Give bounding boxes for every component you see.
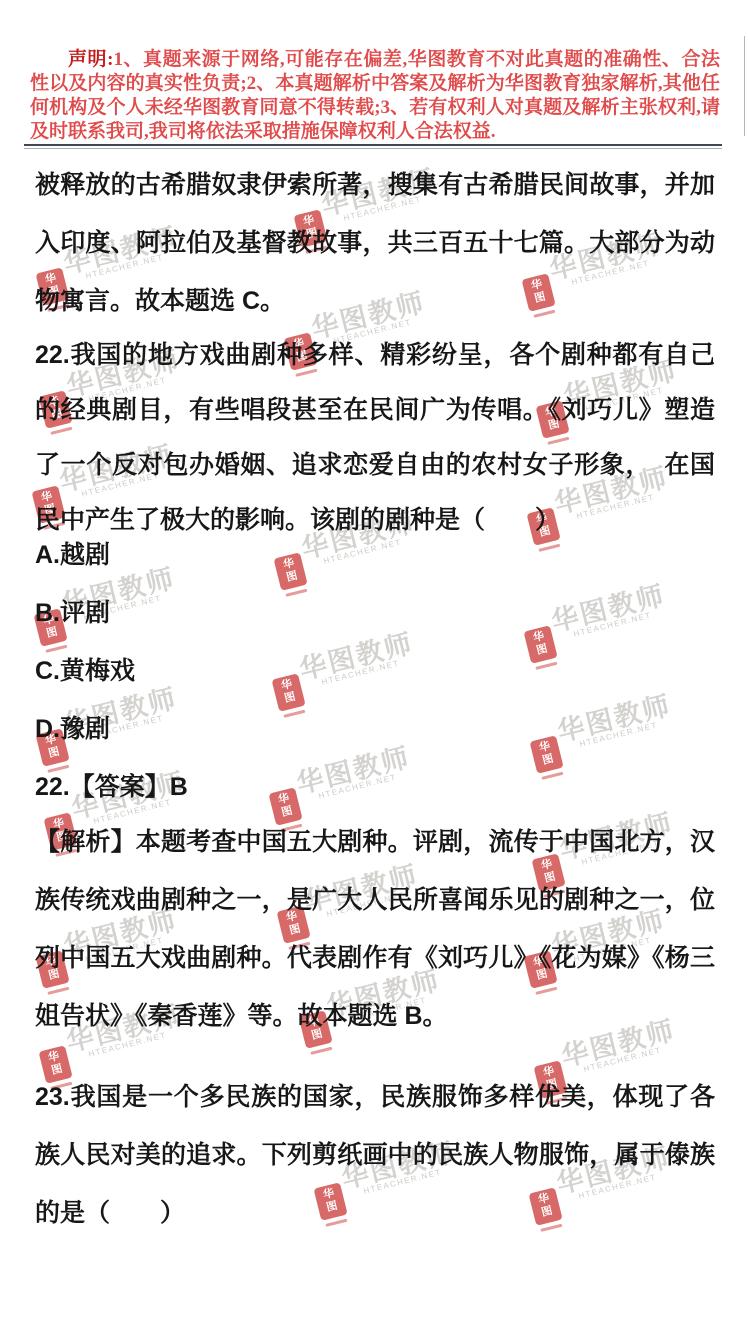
disclaimer-text: 1、真题来源于网络,可能存在偏差,华图教育不对此真题的准确性、合法性以及内容的真… [30, 49, 720, 142]
answer21-explanation-tail: 被释放的古希腊奴隶伊索所著，搜集有古希腊民间故事，并加入印度、阿拉伯及基督教故事… [35, 156, 715, 330]
question-22-analysis: 【解析】本题考查中国五大剧种。评剧，流传于中国北方，汉族传统戏曲剧种之一，是广大… [35, 813, 715, 1045]
question-22-option-d: D.豫剧 [35, 700, 715, 758]
document-body: 声明:1、真题来源于网络,可能存在偏差,华图教育不对此真题的准确性、合法性以及内… [0, 48, 748, 1242]
question-22: 22.我国的地方戏曲剧种多样、精彩纷呈，各个剧种都有自己的经典剧目，有些唱段甚至… [35, 328, 715, 548]
disclaimer-label: 声明: [68, 49, 113, 70]
disclaimer: 声明:1、真题来源于网络,可能存在偏差,华图教育不对此真题的准确性、合法性以及内… [30, 48, 720, 144]
document-page: 华图华图教师HTEACHER.NET华图华图教师HTEACHER.NET华图华图… [0, 0, 748, 1335]
divider-rule [24, 144, 722, 149]
question-23: 23.我国是一个多民族的国家，民族服饰多样优美，体现了各族人民对美的追求。下列剪… [35, 1068, 715, 1242]
question-22-option-b: B.评剧 [35, 584, 715, 642]
main-text: 被释放的古希腊奴隶伊索所著，搜集有古希腊民间故事，并加入印度、阿拉伯及基督教故事… [0, 156, 748, 1242]
question-22-answer: 22.【答案】B [35, 758, 715, 816]
question-22-option-c: C.黄梅戏 [35, 642, 715, 700]
